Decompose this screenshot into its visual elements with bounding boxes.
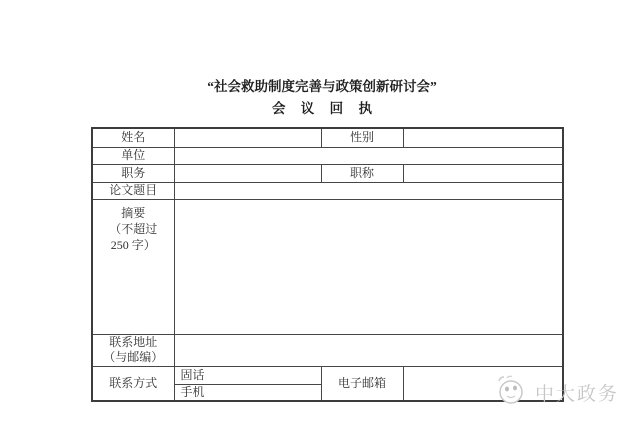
- email-label: 电子邮箱: [321, 366, 403, 401]
- row-contact-landline: 联系方式 固话 电子邮箱: [92, 366, 563, 384]
- position-label: 职务: [92, 164, 174, 182]
- abstract-value-cell: [174, 199, 563, 334]
- position-value-cell: [174, 164, 321, 182]
- address-label-line2: （与邮编）: [93, 350, 174, 365]
- landline-label-cell: 固话: [174, 366, 321, 384]
- mascot-logo-icon: [494, 373, 528, 412]
- row-paper-title: 论文题目: [92, 182, 563, 199]
- organization-label: 单位: [92, 147, 174, 164]
- abstract-label-line3: 250 字）: [93, 237, 174, 253]
- reply-form-page: “社会救助制度完善与政策创新研讨会” 会 议 回 执 姓名 性别 单位 职务 职: [0, 0, 640, 423]
- watermark-text: 中大政务: [535, 379, 619, 406]
- mobile-label: 手机: [181, 385, 205, 399]
- contact-method-label: 联系方式: [92, 366, 174, 401]
- row-position-title: 职务 职称: [92, 164, 563, 182]
- row-name-gender: 姓名 性别: [92, 128, 563, 147]
- address-label-line1: 联系地址: [93, 335, 174, 350]
- reply-form-table: 姓名 性别 单位 职务 职称 论文题目 摘要: [91, 127, 564, 402]
- mobile-label-cell: 手机: [174, 384, 321, 401]
- landline-label: 固话: [181, 368, 205, 382]
- gender-value-cell: [403, 128, 563, 147]
- paper-title-label: 论文题目: [92, 182, 174, 199]
- conference-title: “社会救助制度完善与政策创新研讨会”: [2, 75, 640, 95]
- abstract-label-line1: 摘要: [93, 205, 174, 221]
- abstract-label-line2: （不超过: [93, 221, 174, 237]
- watermark: 中大政务: [494, 374, 619, 410]
- gender-label: 性别: [321, 128, 403, 147]
- address-value-cell: [174, 334, 563, 366]
- paper-title-value-cell: [174, 182, 563, 199]
- reply-form-subtitle: 会 议 回 执: [2, 97, 640, 117]
- abstract-label: 摘要 （不超过 250 字）: [92, 199, 174, 334]
- row-organization: 单位: [92, 147, 563, 164]
- row-address: 联系地址 （与邮编）: [92, 334, 563, 366]
- professional-title-label: 职称: [321, 164, 403, 182]
- address-label: 联系地址 （与邮编）: [92, 334, 174, 366]
- name-value-cell: [174, 128, 321, 147]
- organization-value-cell: [174, 147, 563, 164]
- name-label: 姓名: [92, 128, 174, 147]
- row-abstract: 摘要 （不超过 250 字）: [92, 199, 563, 334]
- professional-title-value-cell: [403, 164, 563, 182]
